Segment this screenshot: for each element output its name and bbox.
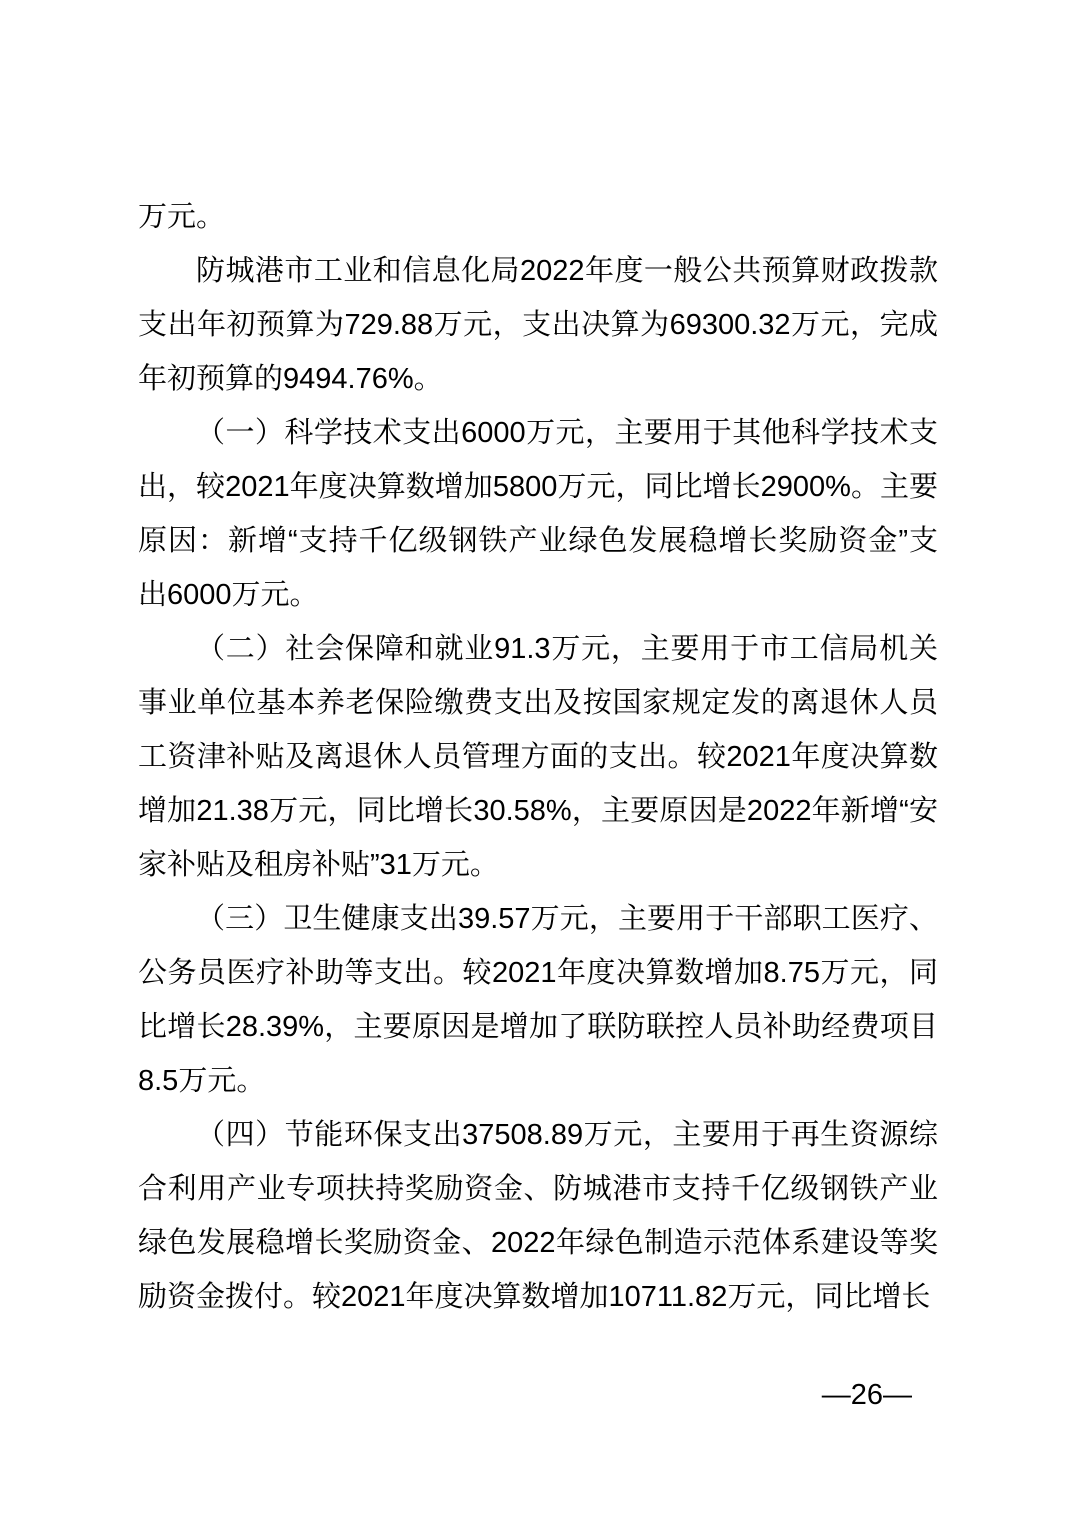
paragraph-item-2-social-security: （二）社会保障和就业91.3万元，主要用于市工信局机关事业单位基本养老保险缴费支… [138, 622, 938, 892]
page-number: —26— [822, 1368, 912, 1422]
paragraph-budget-overview: 防城港市工业和信息化局2022年度一般公共预算财政拨款支出年初预算为729.88… [138, 244, 938, 406]
paragraph-item-1-science-technology: （一）科学技术支出6000万元，主要用于其他科学技术支出，较2021年度决算数增… [138, 406, 938, 622]
paragraph-item-4-energy-conservation: （四）节能环保支出37508.89万元，主要用于再生资源综合利用产业专项扶持奖励… [138, 1108, 938, 1324]
paragraph-item-3-health: （三）卫生健康支出39.57万元，主要用于干部职工医疗、公务员医疗补助等支出。较… [138, 892, 938, 1108]
paragraph-continuation: 万元。 [138, 190, 938, 244]
document-page: 万元。 防城港市工业和信息化局2022年度一般公共预算财政拨款支出年初预算为72… [0, 0, 1074, 1518]
document-body-text: 万元。 防城港市工业和信息化局2022年度一般公共预算财政拨款支出年初预算为72… [138, 190, 938, 1324]
